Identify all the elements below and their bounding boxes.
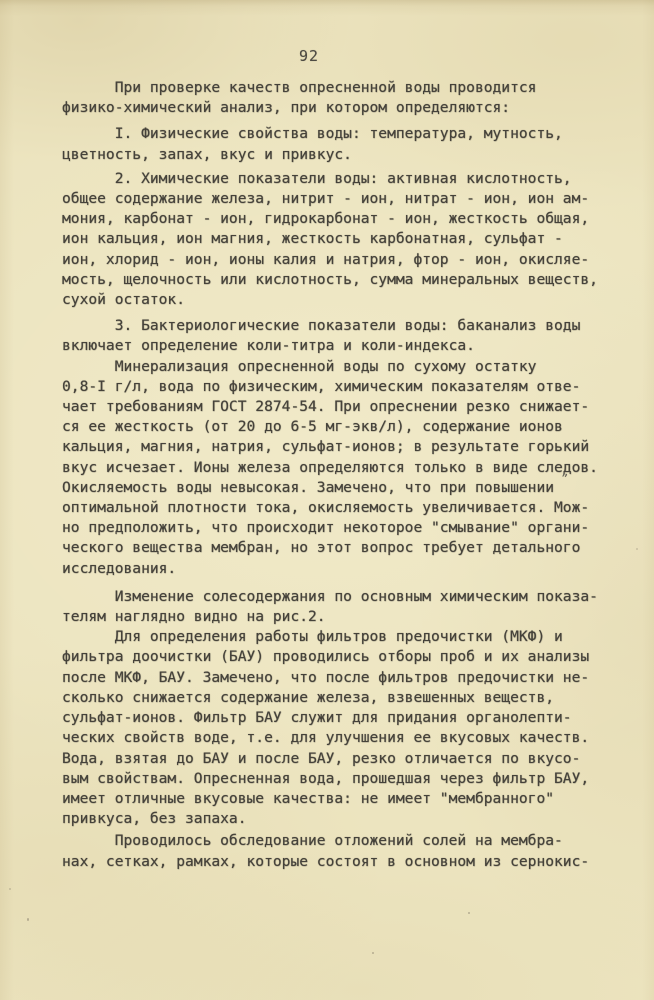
text-line: исследования. bbox=[62, 559, 622, 579]
text-line: сколько снижается содержание железа, взв… bbox=[62, 688, 622, 708]
text-line: ион кальция, ион магния, жесткость карбо… bbox=[62, 229, 622, 249]
paper-speck bbox=[372, 952, 374, 954]
paper-speck bbox=[9, 888, 11, 890]
text-line: чает требованиям ГОСТ 2874-54. При опрес… bbox=[62, 397, 622, 417]
scanned-page: 92 При проверке качеств опресненной воды… bbox=[0, 0, 654, 1000]
paragraph: Изменение солесодержания по основным хим… bbox=[62, 587, 622, 627]
text-line: ческого вещества мембран, но этот вопрос… bbox=[62, 538, 622, 558]
text-line: Изменение солесодержания по основным хим… bbox=[62, 587, 622, 607]
text-line: Вода, взятая до БАУ и после БАУ, резко о… bbox=[62, 749, 622, 769]
stray-pencil-mark: ˮ bbox=[560, 472, 568, 486]
paragraph: I. Физические свойства воды: температура… bbox=[62, 124, 622, 164]
text-line: 3. Бактериологические показатели воды: б… bbox=[62, 316, 622, 336]
page-number: 92 bbox=[299, 47, 319, 65]
document-text: При проверке качеств опресненной воды пр… bbox=[62, 78, 622, 872]
text-line: но предположить, что происходит некоторо… bbox=[62, 518, 622, 538]
text-line: оптимальной плотности тока, окисляемость… bbox=[62, 498, 622, 518]
text-line: общее содержание железа, нитрит - ион, н… bbox=[62, 189, 622, 209]
text-line: нах, сетках, рамках, которые состоят в о… bbox=[62, 852, 622, 872]
text-line: имеет отличные вкусовые качества: не име… bbox=[62, 789, 622, 809]
text-line: телям наглядно видно на рис.2. bbox=[62, 607, 622, 627]
text-line: сухой остаток. bbox=[62, 290, 622, 310]
text-line: ион, хлорид - ион, ионы калия и натрия, … bbox=[62, 250, 622, 270]
text-line: I. Физические свойства воды: температура… bbox=[62, 124, 622, 144]
text-line: ческих свойств воде, т.е. для улучшения … bbox=[62, 728, 622, 748]
text-line: мость, щелочность или кислотность, сумма… bbox=[62, 270, 622, 290]
paragraph: Минерализация опресненной воды по сухому… bbox=[62, 357, 622, 579]
text-line: физико-химический анализ, при котором оп… bbox=[62, 98, 622, 118]
text-line: кальция, магния, натрия, сульфат-ионов; … bbox=[62, 437, 622, 457]
text-line: Для определения работы фильтров предочис… bbox=[62, 627, 622, 647]
paragraph: При проверке качеств опресненной воды пр… bbox=[62, 78, 622, 118]
text-line: ся ее жесткость (от 20 до 6-5 мг-экв/л),… bbox=[62, 417, 622, 437]
paragraph: Проводилось обследование отложений солей… bbox=[62, 831, 622, 871]
text-line: вым свойствам. Опресненная вода, прошедш… bbox=[62, 769, 622, 789]
text-line: цветность, запах, вкус и привкус. bbox=[62, 145, 622, 165]
text-line: Проводилось обследование отложений солей… bbox=[62, 831, 622, 851]
text-line: включает определение коли-титра и коли-и… bbox=[62, 336, 622, 356]
paper-speck bbox=[468, 912, 470, 914]
paragraph: 3. Бактериологические показатели воды: б… bbox=[62, 316, 622, 356]
text-line: Минерализация опресненной воды по сухому… bbox=[62, 357, 622, 377]
text-line: сульфат-ионов. Фильтр БАУ служит для при… bbox=[62, 708, 622, 728]
paper-speck bbox=[636, 548, 638, 550]
paper-speck bbox=[27, 918, 29, 921]
paragraph: Для определения работы фильтров предочис… bbox=[62, 627, 622, 829]
text-line: привкуса, без запаха. bbox=[62, 809, 622, 829]
text-line: Окисляемость воды невысокая. Замечено, ч… bbox=[62, 478, 622, 498]
text-line: после МКФ, БАУ. Замечено, что после филь… bbox=[62, 668, 622, 688]
paragraph: 2. Химические показатели воды: активная … bbox=[62, 169, 622, 310]
text-line: фильтра доочистки (БАУ) проводились отбо… bbox=[62, 647, 622, 667]
text-line: 0,8-I г/л, вода по физическим, химически… bbox=[62, 377, 622, 397]
text-line: 2. Химические показатели воды: активная … bbox=[62, 169, 622, 189]
text-line: мония, карбонат - ион, гидрокарбонат - и… bbox=[62, 209, 622, 229]
text-line: вкус исчезает. Ионы железа определяются … bbox=[62, 458, 622, 478]
text-line: При проверке качеств опресненной воды пр… bbox=[62, 78, 622, 98]
